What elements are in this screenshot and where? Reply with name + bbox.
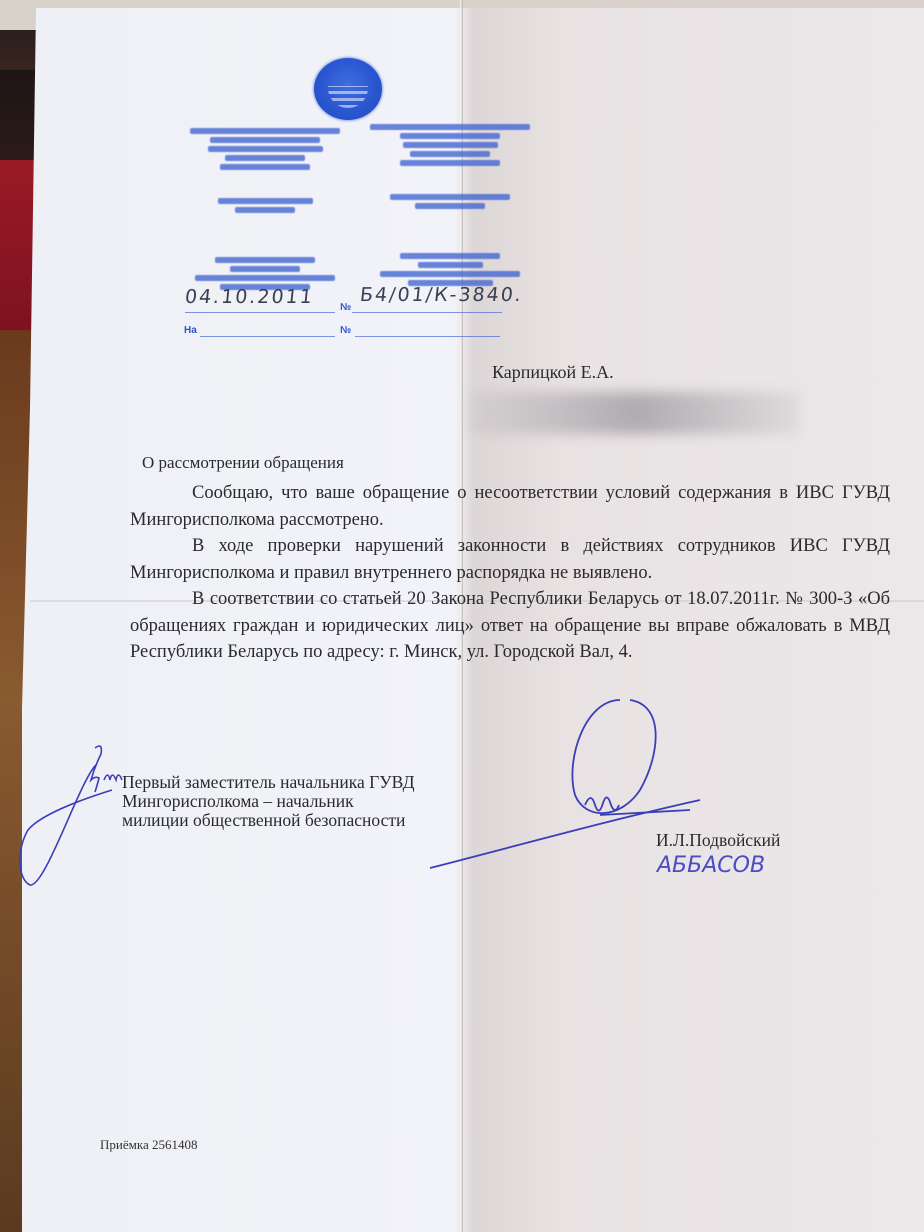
letterhead-line [195, 275, 335, 281]
executor-note: Приёмка 2561408 [100, 1137, 197, 1153]
position-line: Мингорисполкома – начальник [122, 792, 415, 811]
number-label: № [340, 302, 351, 313]
letterhead-line [380, 271, 520, 277]
outgoing-number: Б4/01/К-3840. [359, 284, 524, 306]
body-paragraph: Сообщаю, что ваше обращение о несоответс… [130, 480, 890, 533]
letterhead-line [410, 151, 490, 157]
letter-body: Сообщаю, что ваше обращение о несоответс… [130, 480, 890, 666]
letterhead-line [220, 164, 310, 170]
letterhead-line [230, 266, 300, 272]
reference-underline [200, 336, 335, 337]
letterhead-line [208, 146, 323, 152]
letterhead-line [400, 133, 500, 139]
number-underline [352, 312, 502, 313]
letter-subject: О рассмотрении обращения [142, 453, 344, 473]
reference-number-underline [355, 336, 500, 337]
letterhead-left-column [190, 128, 340, 290]
letterhead-line [235, 207, 295, 213]
letterhead-line [218, 198, 313, 204]
body-paragraph: В ходе проверки нарушений законности в д… [130, 533, 890, 586]
letterhead-line [225, 155, 305, 161]
body-paragraph: В соответствии со статьей 20 Закона Респ… [130, 586, 890, 666]
outgoing-date: 04.10.2011 [184, 286, 315, 308]
addressee-name: Карпицкой Е.А. [492, 362, 614, 383]
letterhead-line [418, 262, 483, 268]
letterhead-line [370, 124, 530, 130]
redacted-address [470, 392, 800, 434]
date-underline [185, 312, 335, 313]
signatory-position: Первый заместитель начальника ГУВД Минго… [122, 773, 415, 830]
position-line: Первый заместитель начальника ГУВД [122, 773, 415, 792]
letterhead-line [400, 160, 500, 166]
letterhead-line [400, 253, 500, 259]
coat-of-arms-icon [314, 58, 382, 120]
letterhead-line [390, 194, 510, 200]
letterhead-line [215, 257, 315, 263]
reference-label: На [184, 325, 197, 336]
letterhead-line [403, 142, 498, 148]
letterhead-right-column [370, 124, 530, 286]
signatory-name: И.Л.Подвойский [656, 830, 780, 851]
reference-number-label: № [340, 325, 351, 336]
position-line: милиции общественной безопасности [122, 811, 415, 830]
letterhead-line [190, 128, 340, 134]
letterhead-line [415, 203, 485, 209]
letterhead-line [210, 137, 320, 143]
